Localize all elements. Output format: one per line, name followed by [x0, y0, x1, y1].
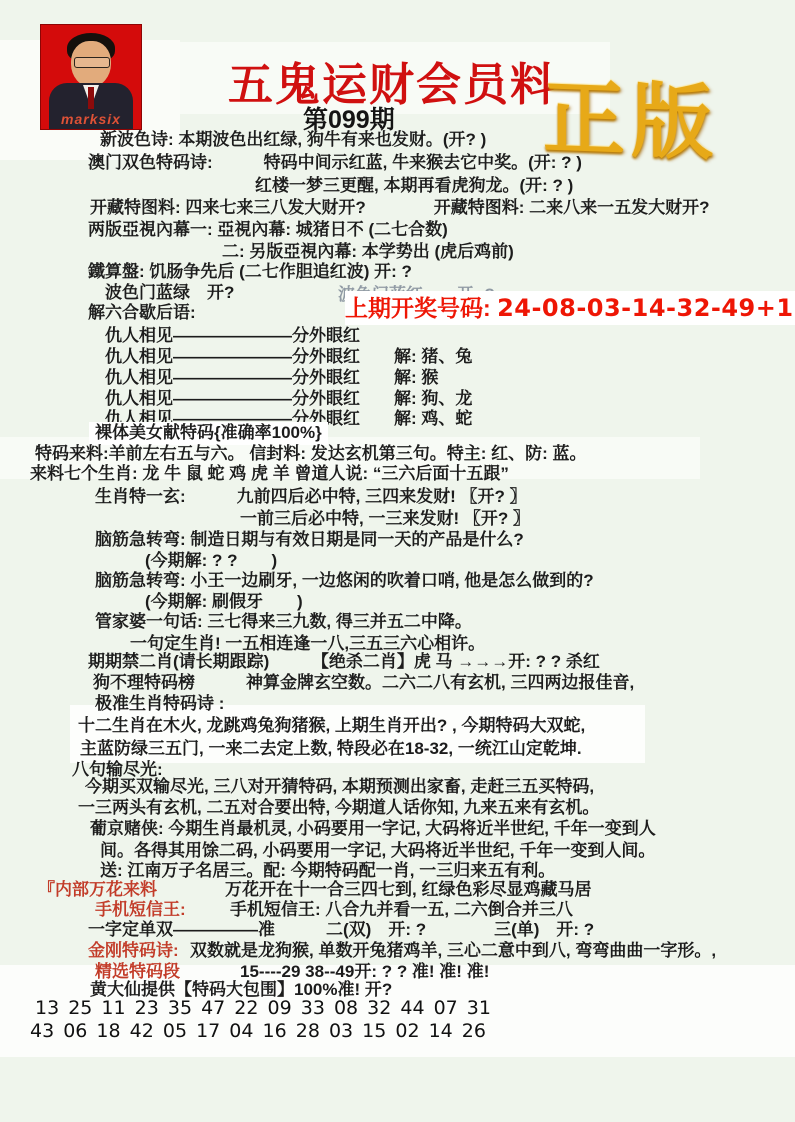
section-label-neibu: 『内部万花来料: [38, 880, 225, 900]
section-jingang: 金刚特码诗:双数就是龙狗猴, 单数开兔猪鸡羊, 三心二意中到八, 弯弯曲曲一字形…: [88, 941, 716, 961]
photo-watermark: marksix: [41, 111, 141, 127]
text-line: (今期解: ? ? ): [145, 551, 277, 571]
section-text: 手机短信王: 八合九并看一五, 二六倒合并三八: [230, 900, 573, 919]
text-line: 新波色诗: 本期波色出红绿, 狗牛有来也发财。(开? ): [100, 130, 486, 150]
text-line: 十二生肖在木火, 龙跳鸡兔狗猪猴, 上期生肖开出? , 今期特码大双蛇,: [78, 716, 585, 736]
text-line: 红楼一梦三更醒, 本期再看虎狗龙。(开: ? ): [255, 176, 573, 196]
tip-sheet-page: marksix 五鬼运财会员料 第099期 正版 上期开奖号码: 24-08-0…: [0, 0, 795, 1122]
portrait-tie: [88, 87, 94, 109]
text-line: 主蓝防绿三五门, 一来二去定上数, 特段必在18-32, 一统江山定乾坤.: [80, 739, 582, 759]
text-line: 间。各得其用馀二码, 小码要用一字记, 大码将近半世纪, 千年一变到人间。: [100, 841, 655, 861]
text-line: 送: 江南万子名居三。配: 今期特码配一肖, 一三归来五有利。: [100, 861, 555, 881]
prev-draw-banner: 上期开奖号码: 24-08-03-14-32-49+17: [345, 291, 795, 325]
portrait-photo: marksix: [40, 24, 142, 130]
number-pool-row-1: 13 25 11 23 35 47 22 09 33 08 32 44 07 3…: [35, 997, 491, 1019]
section-text: 15----29 38--49开: ? ? 准! 准! 准!: [240, 962, 489, 981]
text-line: 鐵算盤: 饥肠争先后 (二七作胆追红波) 开: ?: [88, 262, 412, 282]
text-line: 生肖特一玄: 九前四后必中特, 三四来发财! 〖开? 〗: [95, 487, 527, 507]
text-line: 解六合歇后语:: [88, 303, 196, 323]
text-line: 脑筋急转弯: 小王一边刷牙, 一边悠闲的吹着口哨, 他是怎么做到的?: [95, 571, 594, 591]
text-line: 裸体美女献特码{准确率100%}: [89, 422, 328, 445]
text-line: 来料七个生肖: 龙 牛 鼠 蛇 鸡 虎 羊 曾道人说: “三六后面十五跟”: [30, 464, 509, 484]
text-line: 一三两头有玄机, 二五对合要出特, 今期道人话你知, 九来五来有玄机。: [78, 798, 599, 818]
text-line: 今期买双输尽光, 三八对开猜特码, 本期预测出家畜, 走赶三五买特码,: [85, 777, 594, 797]
riddle-row: 仇人相见———————分外眼红: [105, 326, 360, 346]
riddle-row: 仇人相见———————分外眼红 解: 猴: [105, 368, 438, 388]
section-label-jingxuan: 精选特码段: [95, 962, 240, 982]
section-jingxuan: 精选特码段15----29 38--49开: ? ? 准! 准! 准!: [95, 962, 489, 982]
issue-number: 第099期: [303, 100, 395, 136]
text-line: 一字定单双—————准 二(双) 开: ? 三(单) 开: ?: [88, 920, 594, 940]
text-line: 波色门蓝绿 开?: [105, 283, 234, 303]
prev-draw-numbers: 24-08-03-14-32-49+17: [497, 294, 795, 322]
text-line: 极准生肖特码诗 :: [95, 694, 224, 714]
prev-draw-label: 上期开奖号码:: [345, 295, 497, 321]
section-neibu: 『内部万花来料万花开在十一合三四七到, 红绿色彩尽显鸡藏马居: [38, 880, 591, 900]
text-line: 管家婆一句话: 三七得来三九数, 得三并五二中降。: [95, 612, 472, 632]
text-line: 澳门双色特码诗: 特码中间示红蓝, 牛来猴去它中奖。(开: ? ): [88, 153, 582, 173]
glasses-icon: [74, 57, 110, 68]
text-line: 一前三后必中特, 一三来发财! 〖开? 〗: [240, 509, 530, 529]
riddle-row: 仇人相见———————分外眼红 解: 猪、兔: [105, 347, 472, 367]
text-line: 葡京赌侠: 今期生肖最机灵, 小码要用一字记, 大码将近半世纪, 千年一变到人: [90, 819, 656, 839]
text-line: 脑筋急转弯: 制造日期与有效日期是同一天的产品是什么?: [95, 530, 524, 550]
section-text: 万花开在十一合三四七到, 红绿色彩尽显鸡藏马居: [225, 880, 591, 899]
riddle-row: 仇人相见———————分外眼红 解: 狗、龙: [105, 389, 472, 409]
text-line: 期期禁二肖(请长期跟踪) 【绝杀二肖】虎 马 →→→开: ? ? 杀红: [88, 652, 600, 672]
section-label-shouji: 手机短信王:: [95, 900, 230, 920]
section-label-jingang: 金刚特码诗:: [88, 941, 190, 961]
text-line: 两版亞視內幕一: 亞視內幕: 城猪日不 (二七合数): [88, 220, 448, 240]
number-pool-row-2: 43 06 18 42 05 17 04 16 28 03 15 02 14 2…: [30, 1020, 486, 1042]
text-line: 狗不理特码榜 神算金牌玄空数。二六二八有玄机, 三四两边报佳音,: [93, 673, 634, 693]
text-line: 一句定生肖! 一五相连逢一八,三五三六心相许。: [130, 634, 485, 654]
text-line: 二: 另版亞視內幕: 本学势出 (虎后鸡前): [222, 242, 514, 262]
section-text: 双数就是龙狗猴, 单数开兔猪鸡羊, 三心二意中到八, 弯弯曲曲一字形。,: [190, 941, 716, 960]
text-line: (今期解: 刷假牙 ): [145, 592, 303, 612]
authenticity-stamp: 正版: [543, 53, 719, 176]
text-line: 特码来料:羊前左右五与六。 信封料: 发达玄机第三句。特主: 红、防: 蓝。: [35, 444, 587, 464]
section-shouji: 手机短信王:手机短信王: 八合九并看一五, 二六倒合并三八: [95, 900, 573, 920]
text-line: 开藏特图料: 四来七来三八发大财开? 开藏特图料: 二来八来一五发大财开?: [90, 198, 710, 218]
